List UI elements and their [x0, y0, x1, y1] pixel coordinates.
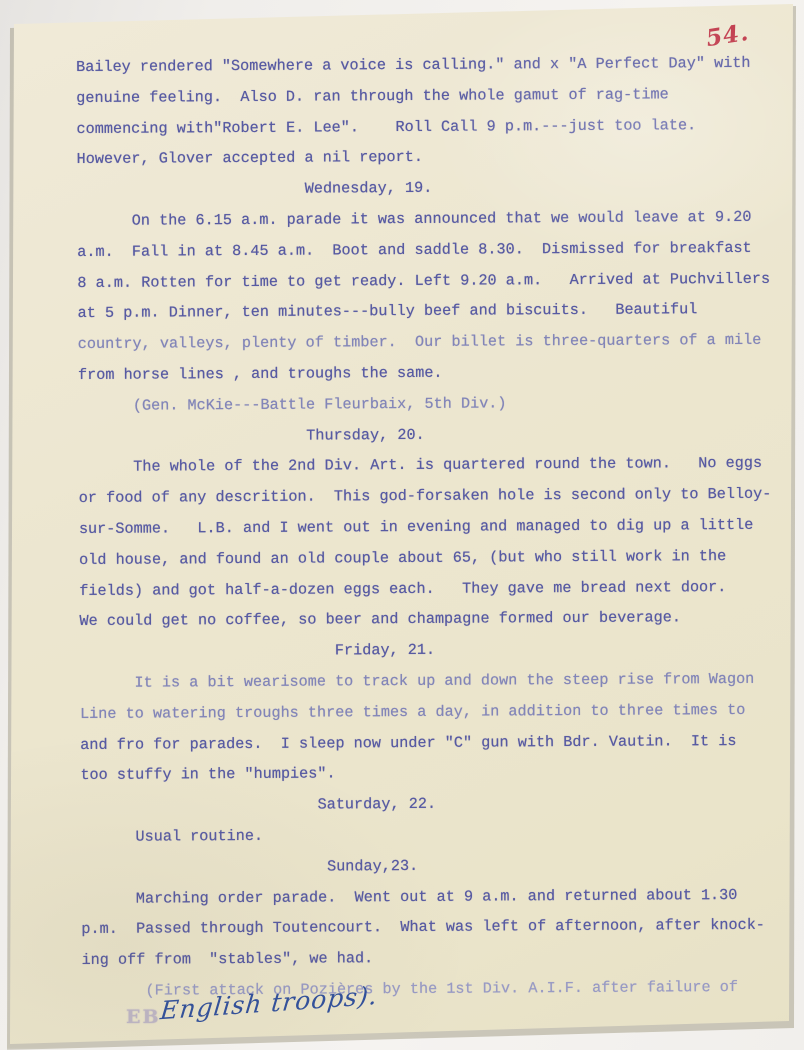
typed-line: On the 6.15 a.m. parade it was announced…	[77, 202, 797, 237]
typed-line: We could get no coffee, so beer and cham…	[79, 602, 799, 637]
typed-line: sur-Somme. L.B. and I went out in evenin…	[79, 510, 799, 545]
typed-line: fields) and got half-a-dozen eggs each. …	[79, 571, 799, 606]
date-heading-line: Sunday,23.	[81, 848, 801, 883]
typed-line: The whole of the 2nd Div. Art. is quarte…	[78, 448, 798, 483]
typed-line: p.m. Passed through Toutencourt. What wa…	[81, 910, 801, 945]
date-heading-line: Wednesday, 19.	[77, 171, 797, 206]
typed-line: It is a bit wearisome to track up and do…	[80, 664, 800, 699]
typed-lines: Bailey rendered "Somewhere a voice is ca…	[76, 48, 802, 1007]
typed-line: at 5 p.m. Dinner, ten minutes---bully be…	[78, 294, 798, 329]
typed-line: Bailey rendered "Somewhere a voice is ca…	[76, 48, 796, 83]
typed-line: too stuffy in the "humpies".	[80, 756, 800, 791]
typed-line: Marching order parade. Went out at 9 a.m…	[81, 879, 801, 914]
typed-line: genuine feeling. Also D. ran through the…	[76, 78, 796, 113]
typed-line: However, Glover accepted a nil report.	[77, 140, 797, 175]
typed-line: (Gen. McKie---Battle Fleurbaix, 5th Div.…	[78, 386, 798, 421]
typed-line: 8 a.m. Rotten for time to get ready. Lef…	[77, 263, 797, 298]
typed-line: commencing with"Robert E. Lee". Roll Cal…	[76, 109, 796, 144]
typed-line: or food of any descrition. This god-fors…	[79, 479, 799, 514]
typed-line: Usual routine.	[81, 818, 801, 853]
typed-line: Line to watering troughs three times a d…	[80, 694, 800, 729]
diary-page-paper: Bailey rendered "Somewhere a voice is ca…	[0, 0, 804, 1050]
typed-line: old house, and found an old couple about…	[79, 540, 799, 575]
date-heading-line: Thursday, 20.	[78, 417, 798, 452]
typed-line: from horse lines , and troughs the same.	[78, 356, 798, 391]
date-heading-line: Saturday, 22.	[81, 787, 801, 822]
date-heading-line: Friday, 21.	[80, 633, 800, 668]
faint-stamp: EB	[126, 1006, 161, 1028]
typed-line: ing off from "stables", we had.	[81, 941, 801, 976]
typed-line: country, valleys, plenty of timber. Our …	[78, 325, 798, 360]
diary-photo-background: { "meta": { "colors": { "ink": "#575aa2"…	[0, 0, 804, 1050]
typed-line: and fro for parades. I sleep now under "…	[80, 725, 800, 760]
typed-line: a.m. Fall in at 8.45 a.m. Boot and saddl…	[77, 232, 797, 267]
